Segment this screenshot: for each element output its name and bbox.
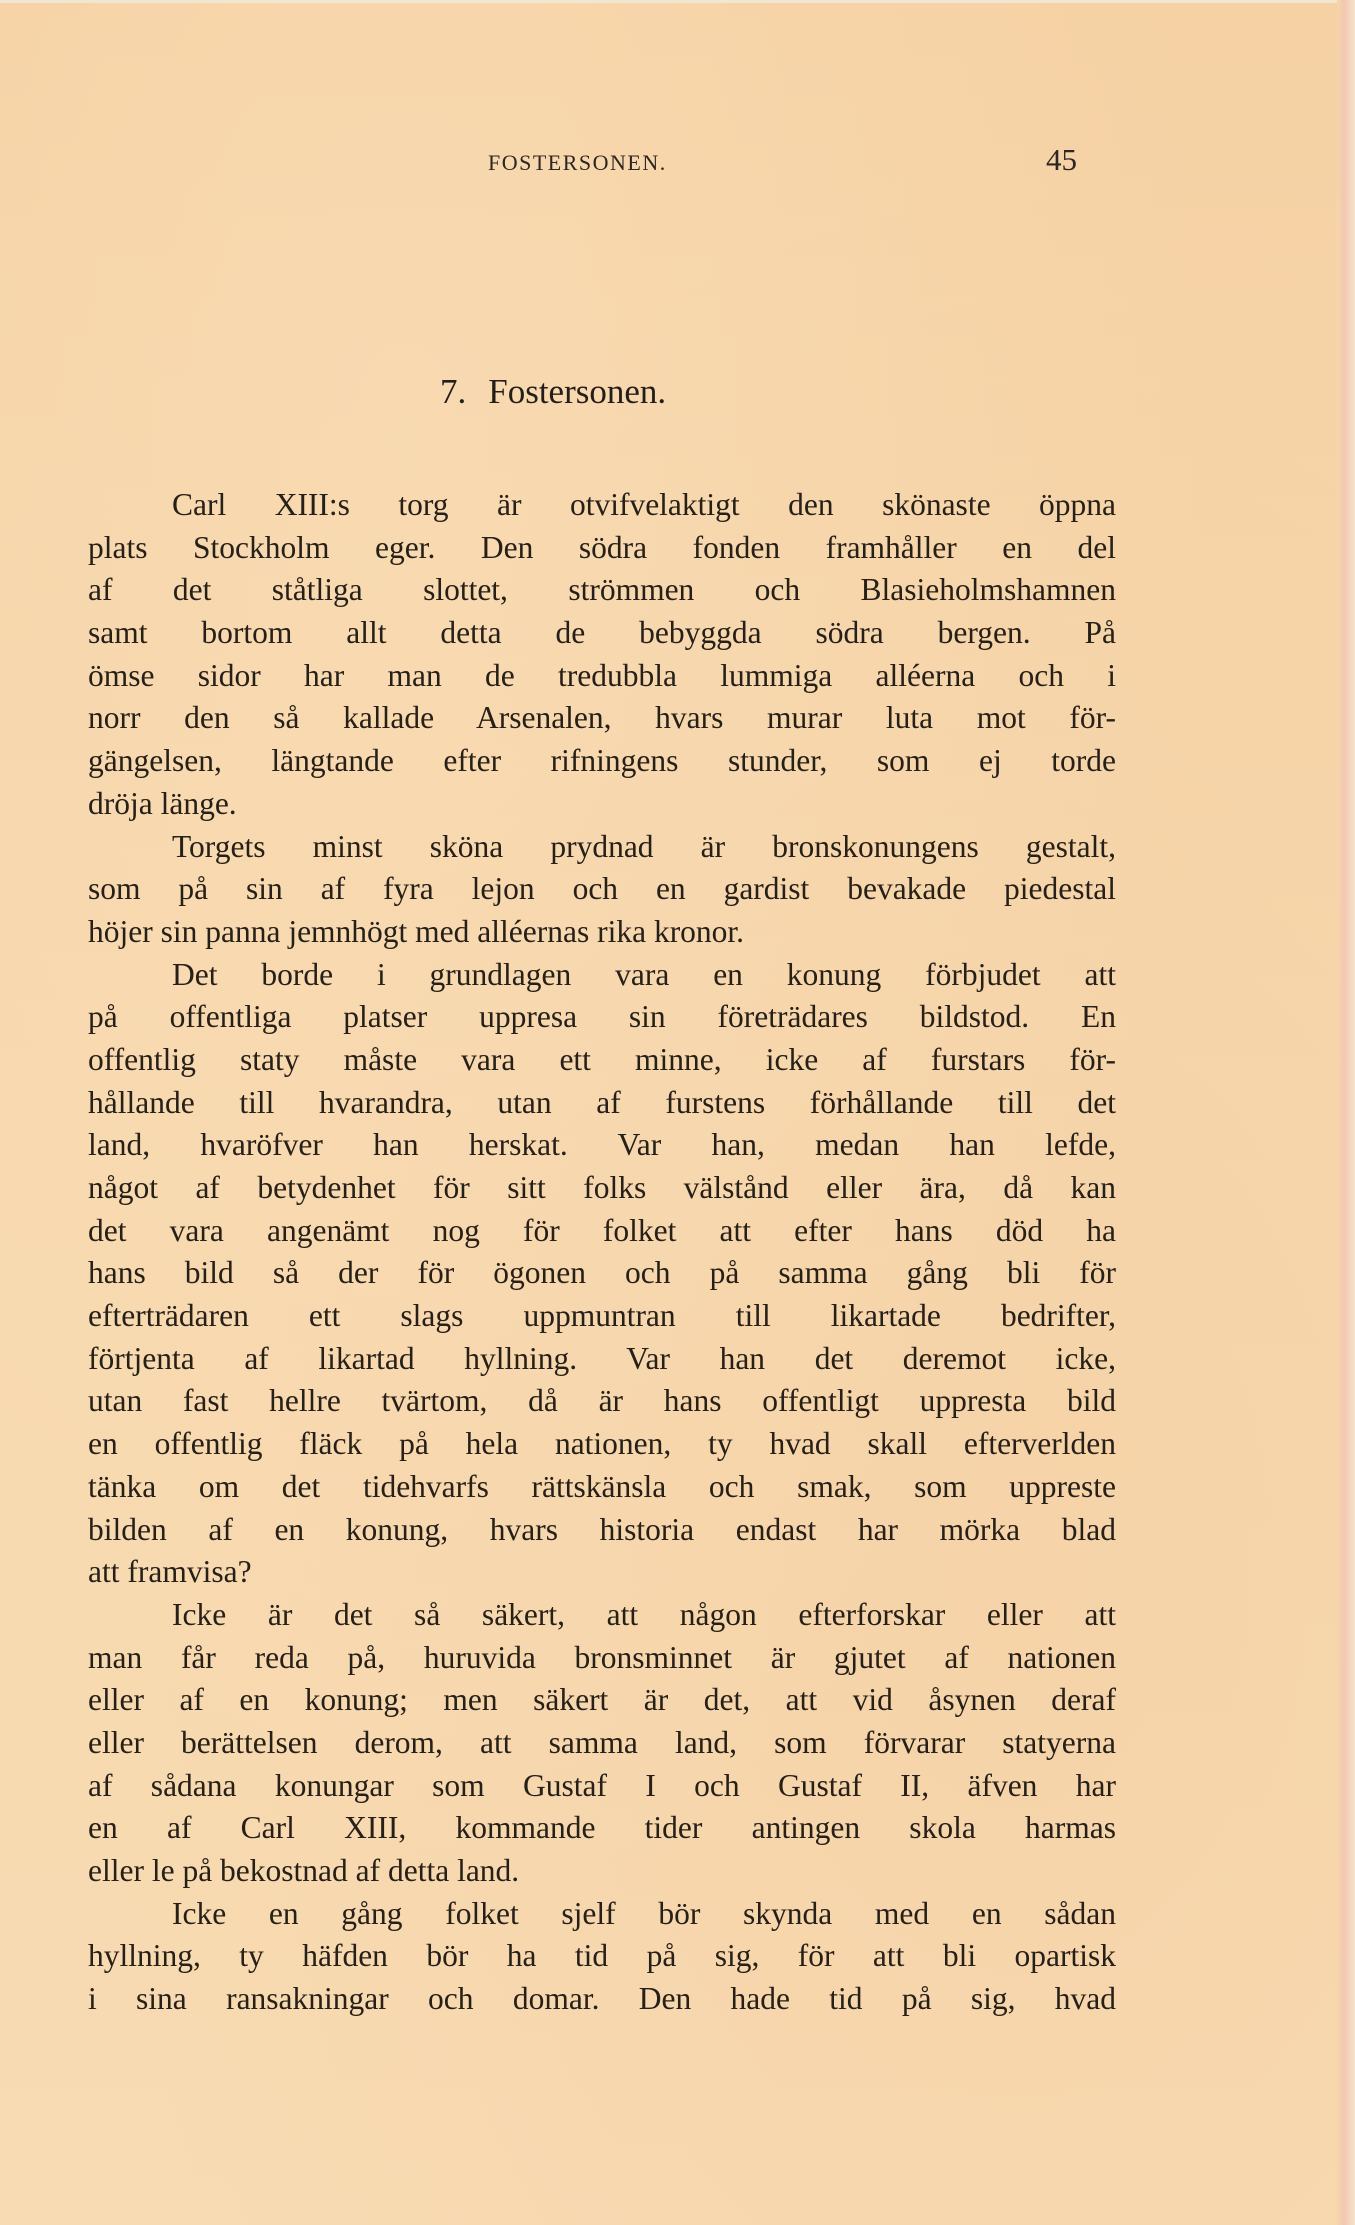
text-line: eller le på bekostnad af detta land.: [88, 1850, 1116, 1893]
text-line: förtjenta af likartad hyllning. Var han …: [88, 1338, 1116, 1381]
body-text: Carl XIII:s torg är otvifvelaktigt den s…: [88, 484, 1116, 2021]
text-line: gängelsen, längtande efter rifningens st…: [88, 740, 1116, 783]
chapter-title: 7.Fostersonen.: [440, 372, 666, 412]
text-line: efterträdaren ett slags uppmuntran till …: [88, 1295, 1116, 1338]
text-line: af sådana konungar som Gustaf I och Gust…: [88, 1765, 1116, 1808]
page-number: 45: [1046, 143, 1077, 177]
text-line: Torgets minst sköna prydnad är bronskonu…: [88, 826, 1116, 869]
page-right-edge: [1337, 0, 1355, 2225]
paragraph: Det borde i grundlagen vara en konung fö…: [88, 954, 1116, 1594]
chapter-title-text: Fostersonen.: [488, 372, 666, 411]
paragraph: Icke är det så säkert, att någon efterfo…: [88, 1594, 1116, 1893]
running-head: FOSTERSONEN.: [488, 148, 667, 178]
text-line: det vara angenämt nog för folket att eft…: [88, 1210, 1116, 1253]
text-line: eller af en konung; men säkert är det, a…: [88, 1679, 1116, 1722]
text-line: Icke är det så säkert, att någon efterfo…: [88, 1594, 1116, 1637]
text-line: en offentlig fläck på hela nationen, ty …: [88, 1423, 1116, 1466]
text-line: offentlig staty måste vara ett minne, ic…: [88, 1039, 1116, 1082]
text-line: samt bortom allt detta de bebyggda södra…: [88, 612, 1116, 655]
text-line: Icke en gång folket sjelf bör skynda med…: [88, 1893, 1116, 1936]
text-line: hans bild så der för ögonen och på samma…: [88, 1252, 1116, 1295]
text-line: hållande till hvarandra, utan af fursten…: [88, 1082, 1116, 1125]
text-line: på offentliga platser uppresa sin företr…: [88, 996, 1116, 1039]
text-line: plats Stockholm eger. Den södra fonden f…: [88, 527, 1116, 570]
text-line: af det ståtliga slottet, strömmen och Bl…: [88, 569, 1116, 612]
text-line: ömse sidor har man de tredubbla lummiga …: [88, 655, 1116, 698]
text-line: norr den så kallade Arsenalen, hvars mur…: [88, 697, 1116, 740]
text-line: som på sin af fyra lejon och en gardist …: [88, 868, 1116, 911]
text-line: Det borde i grundlagen vara en konung fö…: [88, 954, 1116, 997]
text-line: att framvisa?: [88, 1551, 1116, 1594]
text-line: en af Carl XIII, kommande tider antingen…: [88, 1807, 1116, 1850]
page-top-edge: [0, 0, 1355, 3]
paragraph: Icke en gång folket sjelf bör skynda med…: [88, 1893, 1116, 2021]
text-line: höjer sin panna jemnhögt med alléernas r…: [88, 911, 1116, 954]
text-line: utan fast hellre tvärtom, då är hans off…: [88, 1380, 1116, 1423]
text-line: Carl XIII:s torg är otvifvelaktigt den s…: [88, 484, 1116, 527]
text-line: bilden af en konung, hvars historia enda…: [88, 1509, 1116, 1552]
text-line: eller berättelsen derom, att samma land,…: [88, 1722, 1116, 1765]
paragraph: Torgets minst sköna prydnad är bronskonu…: [88, 826, 1116, 954]
text-line: dröja länge.: [88, 783, 1116, 826]
text-line: tänka om det tidehvarfs rättskänsla och …: [88, 1466, 1116, 1509]
text-line: något af betydenhet för sitt folks välst…: [88, 1167, 1116, 1210]
paragraph: Carl XIII:s torg är otvifvelaktigt den s…: [88, 484, 1116, 826]
text-line: i sina ransakningar och domar. Den hade …: [88, 1978, 1116, 2021]
text-line: land, hvaröfver han herskat. Var han, me…: [88, 1124, 1116, 1167]
chapter-number: 7.: [440, 372, 466, 411]
text-line: man får reda på, huruvida bronsminnet är…: [88, 1637, 1116, 1680]
text-line: hyllning, ty häfden bör ha tid på sig, f…: [88, 1935, 1116, 1978]
